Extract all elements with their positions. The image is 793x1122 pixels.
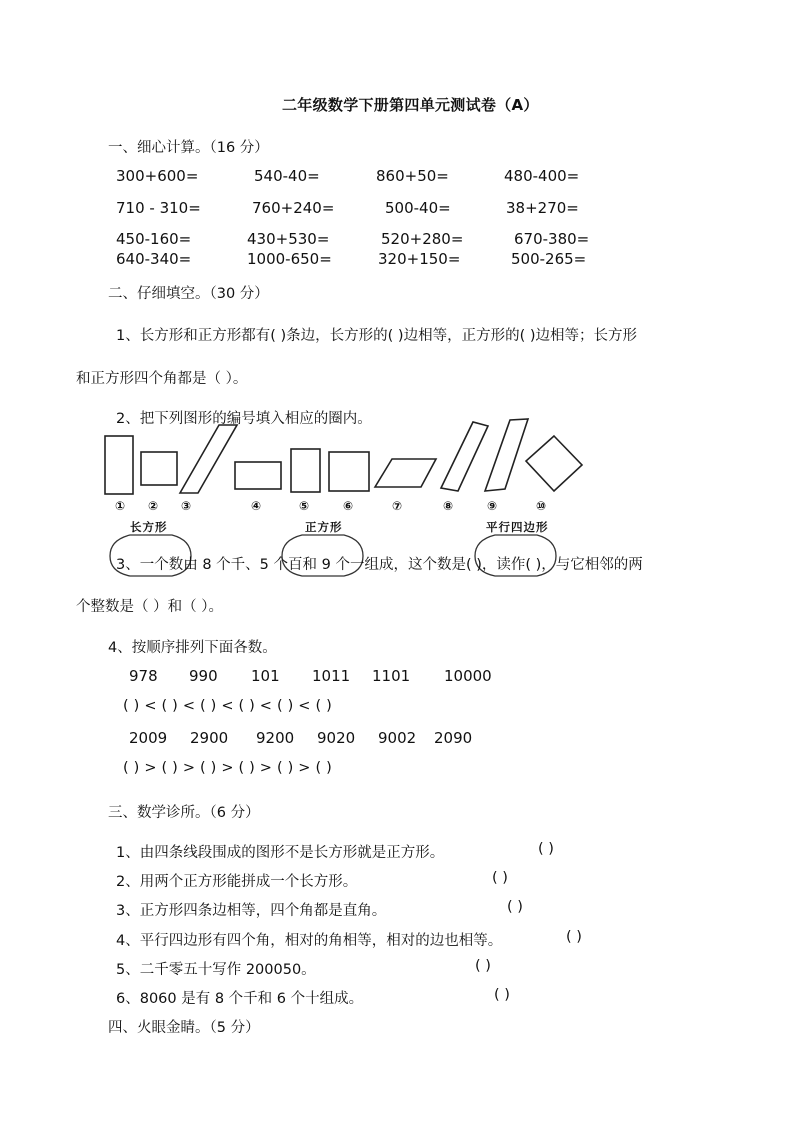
shape-7-parallelogram: [375, 459, 436, 487]
order-number: 9020: [317, 729, 355, 747]
shape-label: ①: [115, 499, 125, 513]
section-4-heading: 四、火眼金睛。（5 分）: [108, 1016, 260, 1037]
shape-label: ⑩: [536, 499, 546, 513]
judgment-item: 1、由四条线段围成的图形不是长方形就是正方形。: [116, 841, 444, 862]
shape-1-rectangle: [105, 436, 133, 494]
judgment-blank[interactable]: ( ): [475, 958, 491, 974]
order-number: 9200: [256, 729, 294, 747]
order-number: 2090: [434, 729, 472, 747]
judgment-blank[interactable]: ( ): [494, 987, 510, 1003]
shape-label: ⑧: [443, 499, 453, 513]
order-number: 990: [189, 667, 218, 685]
question-2-4: 4、按顺序排列下面各数。: [108, 636, 277, 657]
order-number: 1011: [312, 667, 350, 685]
category-rectangle: 长方形: [130, 519, 168, 535]
judgment-blank[interactable]: ( ): [507, 899, 523, 915]
section-3-heading: 三、数学诊所。（6 分）: [108, 801, 260, 822]
shape-label: ④: [251, 499, 261, 513]
shape-2-rectangle: [141, 452, 177, 485]
order-number: 9002: [378, 729, 416, 747]
judgment-item: 6、8060 是有 8 个千和 6 个十组成。: [116, 987, 363, 1008]
shape-label: ⑤: [299, 499, 309, 513]
category-parallelogram: 平行四边形: [486, 519, 549, 535]
shape-10-square: [526, 436, 582, 491]
order-number: 1101: [372, 667, 410, 685]
shape-3-parallelogram: [180, 425, 237, 493]
order-number: 10000: [444, 667, 492, 685]
shape-4-rectangle: [235, 462, 281, 489]
question-2-3-line1: 3、一个数由 8 个千、5 个百和 9 个一组成，这个数是( )，读作( )，与…: [116, 553, 643, 574]
shape-9-parallelogram: [485, 419, 528, 491]
order-number: 978: [129, 667, 158, 685]
shape-label: ⑦: [392, 499, 402, 513]
category-square: 正方形: [305, 519, 343, 535]
shape-label: ③: [181, 499, 191, 513]
judgment-item: 2、用两个正方形能拼成一个长方形。: [116, 870, 357, 891]
shape-label: ⑥: [343, 499, 353, 513]
judgment-blank[interactable]: ( ): [566, 929, 582, 945]
question-2-3-line2: 个整数是（ ）和（ ）。: [76, 595, 223, 616]
judgment-item: 3、正方形四条边相等，四个角都是直角。: [116, 899, 386, 920]
order-blanks-ascending: ( ) < ( ) < ( ) < ( ) < ( ) < ( ): [123, 698, 332, 714]
shape-label: ②: [148, 499, 158, 513]
order-blanks-descending: ( ) > ( ) > ( ) > ( ) > ( ) > ( ): [123, 760, 332, 776]
judgment-blank[interactable]: ( ): [492, 870, 508, 886]
judgment-blank[interactable]: ( ): [538, 841, 554, 857]
order-number: 101: [251, 667, 280, 685]
shape-8-parallelogram: [441, 422, 488, 491]
shape-label: ⑨: [487, 499, 497, 513]
order-number: 2009: [129, 729, 167, 747]
shape-6-square: [329, 452, 369, 491]
judgment-item: 4、平行四边形有四个角，相对的角相等，相对的边也相等。: [116, 929, 502, 950]
order-number: 2900: [190, 729, 228, 747]
shape-5-rectangle: [291, 449, 320, 492]
judgment-item: 5、二千零五十写作 200050。: [116, 958, 316, 979]
